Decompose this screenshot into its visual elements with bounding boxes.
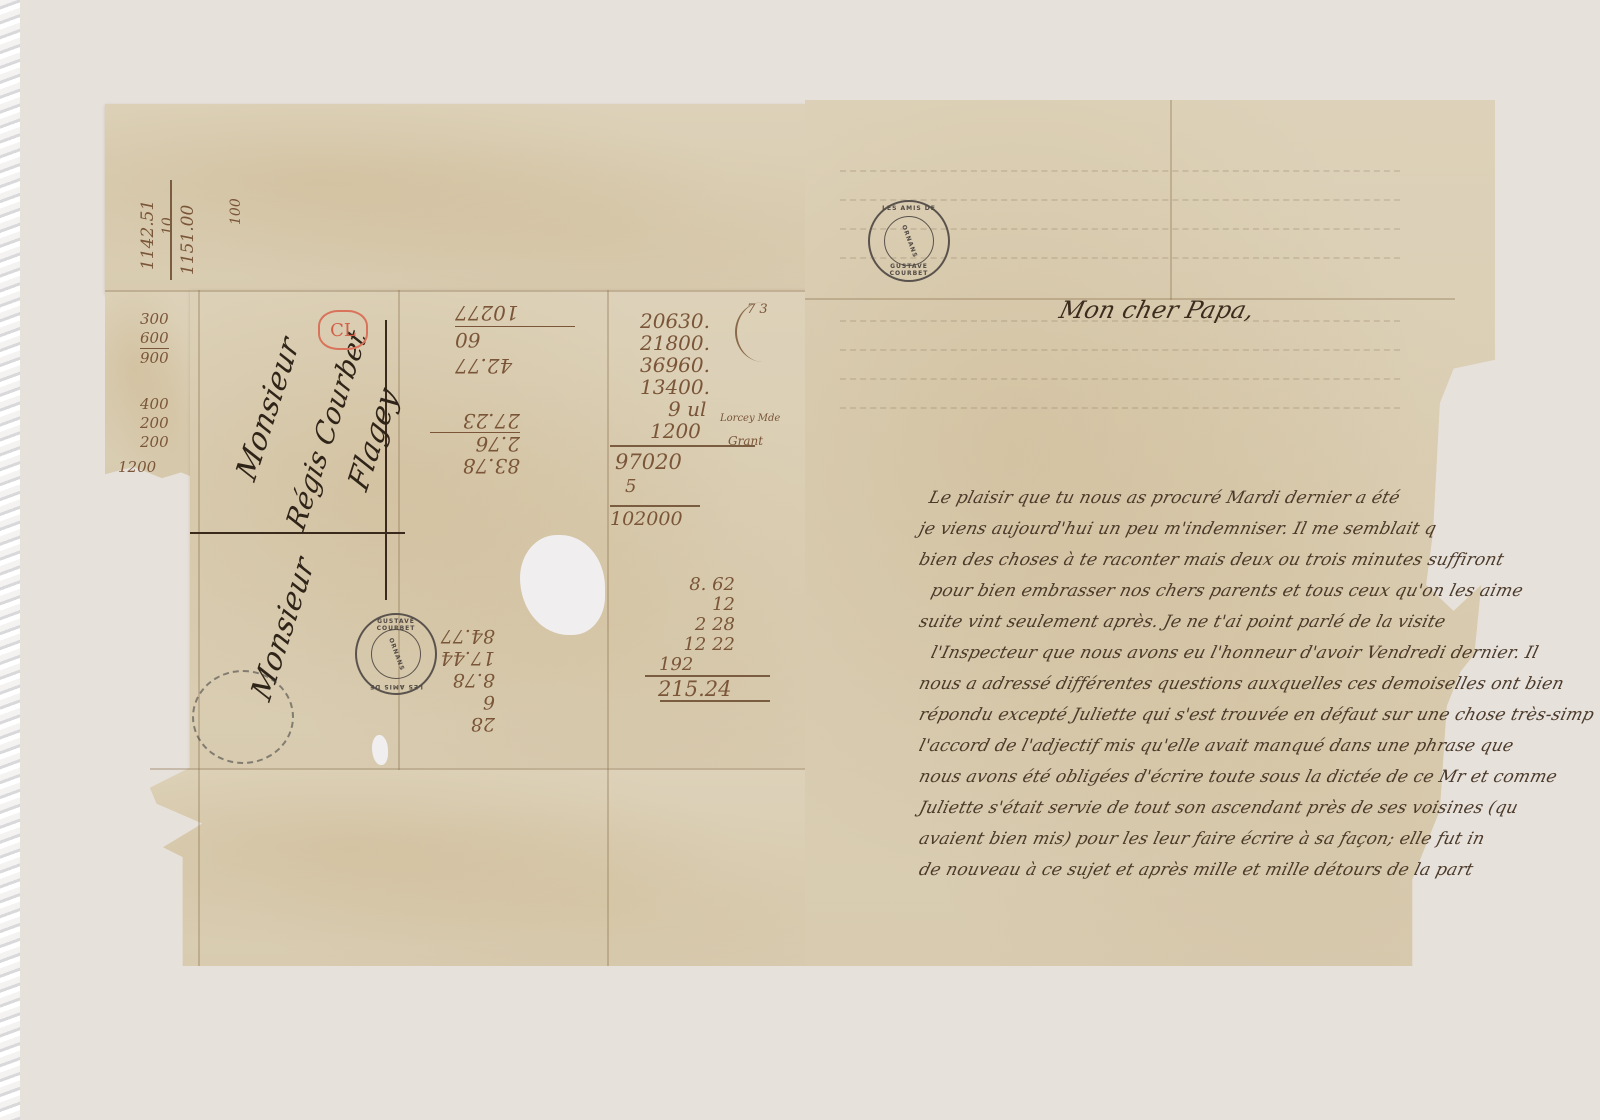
paper-tear [372, 735, 388, 765]
calc-value: 1151.00 [178, 205, 198, 275]
letter-body-line: Juliette s'était servie de tout son asce… [914, 798, 1482, 829]
calc-value: 60 [455, 327, 575, 353]
calc-value: 6 [425, 691, 495, 713]
calc-value: 10277 [455, 300, 575, 327]
line-text: nous a adressé différentes questions aux… [917, 674, 1566, 694]
calc-value: 84.77 [425, 625, 495, 647]
calc-left-panel: 300 600 900 [140, 310, 169, 368]
calc-value: 5 [625, 476, 636, 497]
salutation-text: Mon cher Papa, [1057, 296, 1258, 324]
letter-salutation: Mon cher Papa, [1057, 296, 1258, 324]
calc-center-mid: 83.78 2.76 27.23 [430, 410, 520, 477]
line-text: Juliette s'était servie de tout son asce… [917, 798, 1520, 818]
calc-right-grand: 102000 [610, 508, 683, 530]
stamp-ring-text: GUSTAVE COURBET [357, 618, 435, 632]
calc-value: 192 [655, 655, 735, 675]
stamp-ring-text: GUSTAVE COURBET [870, 263, 948, 277]
line-text: je viens aujourd'hui un peu m'indemniser… [917, 519, 1439, 539]
letter-body-line: répondu excepté Juliette qui s'est trouv… [914, 705, 1482, 736]
calc-lower-total: 215.24 [658, 677, 731, 701]
fold-line [198, 290, 200, 966]
calc-value: 300 [140, 310, 169, 329]
letter-body-line: nous avons été obligées d'écrire toute s… [914, 767, 1482, 798]
calc-value: 200 [140, 414, 169, 433]
calc-circled-note: 7 3 [735, 302, 792, 362]
line-text: l'Inspecteur que nous avons eu l'honneur… [929, 643, 1541, 663]
calc-center-low: 28 6 8.78 17.44 84.77 [425, 625, 495, 735]
calc-value: 102000 [610, 508, 683, 530]
stamp-ring-text: LES AMIS DE [870, 205, 948, 212]
tissue-edge [0, 0, 20, 1120]
calc-value: 215.24 [658, 677, 731, 701]
line-text: Le plaisir que tu nous as procuré Mardi … [927, 488, 1402, 508]
calc-far-left: 1142.51 [138, 200, 158, 270]
calc-note: Grant [720, 430, 780, 452]
calc-value: 21800. [640, 332, 710, 354]
line-text: suite vint seulement après. Je ne t'ai p… [917, 612, 1448, 632]
calc-value: 1200 [118, 458, 156, 476]
calc-value: 97020 [615, 450, 682, 474]
calc-right-sub: 5 [625, 476, 636, 497]
line-text: avaient bien mis) pour les leur faire éc… [917, 829, 1487, 849]
calc-value: 600 [140, 329, 169, 348]
line-text: nous avons été obligées d'écrire toute s… [917, 767, 1559, 787]
line-text: de nouveau à ce sujet et après mille et … [917, 860, 1475, 880]
calc-value: 100 [228, 198, 244, 225]
line-text: répondu excepté Juliette qui s'est trouv… [917, 705, 1596, 725]
calc-value: 36960. [640, 354, 710, 376]
letter-body-line: pour bien embrasser nos chers parents et… [926, 581, 1482, 612]
letter-body-line: de nouveau à ce sujet et après mille et … [914, 860, 1482, 891]
calc-left-panel: 400 200 200 [140, 395, 169, 452]
calc-value: 2 28 [655, 615, 735, 635]
letter-body: Le plaisir que tu nous as procuré Mardi … [918, 488, 1478, 891]
fold-line [190, 532, 405, 534]
postmark-stamp: illegible date stamp [192, 670, 294, 764]
calc-value: 17.44 [425, 647, 495, 669]
letter-body-line: avaient bien mis) pour les leur faire éc… [914, 829, 1482, 860]
calc-value: 8. 62 [655, 575, 735, 595]
letter-body-line: Le plaisir que tu nous as procuré Mardi … [924, 488, 1482, 519]
calc-far-left: 100 [228, 198, 244, 225]
fold-line [105, 290, 805, 292]
calc-value: 28 [425, 713, 495, 735]
letter-verso-top-strip [105, 104, 805, 294]
calc-rule [610, 445, 755, 447]
calc-right-column: 20630. 21800. 36960. 13400. 9 ul 1200 [640, 310, 710, 442]
letter-body-line: l'Inspecteur que nous avons eu l'honneur… [926, 643, 1482, 674]
letter-body-line: je viens aujourd'hui un peu m'indemniser… [914, 519, 1482, 550]
line-text: l'accord de l'adjectif mis qu'elle avait… [917, 736, 1516, 756]
calc-rule [660, 700, 770, 702]
calc-value: 200 [140, 433, 169, 452]
calc-value: 8.78 [425, 669, 495, 691]
calc-rule [610, 505, 700, 507]
calc-value: 12 [655, 595, 735, 615]
red-mark-text: CL [330, 320, 356, 341]
calc-value: 400 [140, 395, 169, 414]
calc-far-left: 10 [160, 217, 176, 235]
calc-value: 900 [140, 348, 169, 368]
calc-value: 2.76 [430, 433, 520, 455]
calc-value: 42.77 [455, 353, 575, 379]
line-text: bien des choses à te raconter mais deux … [917, 550, 1506, 570]
letter-body-line: bien des choses à te raconter mais deux … [914, 550, 1482, 581]
calc-value: 83.78 [430, 455, 520, 477]
calc-value: 7 3 [747, 302, 768, 317]
calc-value: 9 ul [640, 398, 710, 420]
collection-stamp-right: LES AMIS DE GUSTAVE COURBET ORNANS [868, 200, 950, 282]
fold-line [150, 768, 805, 770]
line-text: pour bien embrasser nos chers parents et… [929, 581, 1525, 601]
calc-rule [170, 180, 172, 280]
calc-right-total: 97020 [615, 450, 682, 474]
red-postal-mark: CL [318, 310, 368, 350]
calc-far-left: 1151.00 [178, 205, 198, 275]
letter-body-line: nous a adressé différentes questions aux… [914, 674, 1482, 705]
calc-left-panel: 1200 [118, 458, 156, 476]
fold-line [398, 290, 400, 770]
calc-value: 13400. [640, 376, 710, 398]
calc-note: Lorcey Mde [720, 408, 780, 430]
letter-verso-bottom-flap [150, 768, 805, 966]
calc-value: 1200 [640, 420, 710, 442]
letter-body-line: suite vint seulement après. Je ne t'ai p… [914, 612, 1482, 643]
calc-value: 27.23 [430, 410, 520, 433]
calc-value: 10 [160, 217, 176, 235]
calc-center-top: 42.77 60 10277 [455, 300, 575, 379]
fold-line [607, 290, 609, 966]
calc-lower-column: 8. 62 12 2 28 12 22 192 [655, 575, 735, 675]
calc-value: 1142.51 [138, 200, 158, 270]
stamp-ring-text: LES AMIS DE [357, 683, 435, 690]
letter-body-line: l'accord de l'adjectif mis qu'elle avait… [914, 736, 1482, 767]
calc-value: 20630. [640, 310, 710, 332]
calc-value: 12 22 [655, 635, 735, 655]
